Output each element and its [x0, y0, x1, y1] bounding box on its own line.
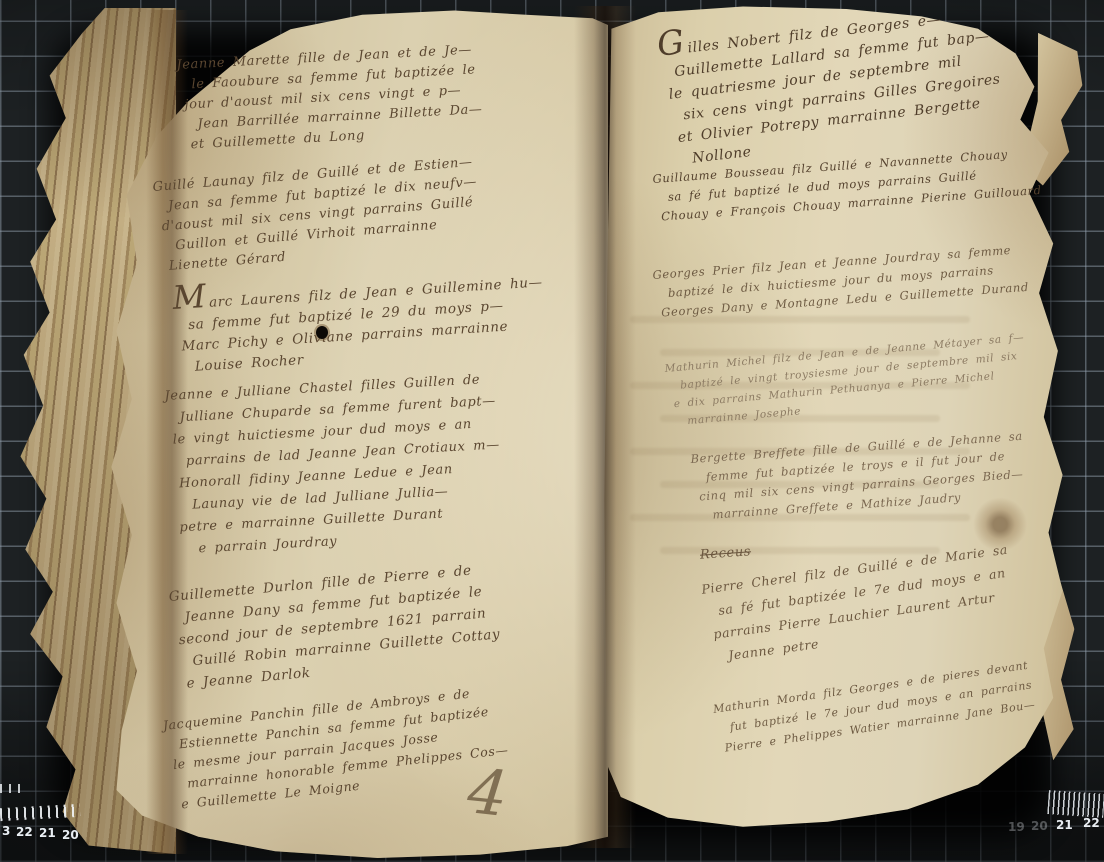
manuscript-paragraph: Jeanne Marette fille de Jean et de Je—le…	[176, 40, 484, 156]
ink-flourish: 4	[464, 754, 511, 831]
ruler-number: 3	[2, 824, 10, 838]
manuscript-paragraph: Jeanne e Julliane Chastel filles Guillen…	[164, 369, 505, 562]
ruler-number: 22	[1083, 816, 1100, 830]
ruler-number: 22	[16, 825, 33, 839]
ruler-number: 19	[1008, 820, 1025, 834]
ruler-number: 21	[1056, 818, 1073, 832]
ruler-number: 21	[39, 826, 56, 840]
ruler-ticks-left	[0, 784, 26, 793]
ruler-number: 20	[1031, 819, 1048, 833]
ruler-number: 20	[62, 828, 79, 842]
ruler-ticks-right	[1047, 790, 1104, 818]
photo-backdrop: Jeanne Marette fille de Jean et de Je—le…	[0, 0, 1104, 862]
wormhole	[316, 326, 328, 339]
